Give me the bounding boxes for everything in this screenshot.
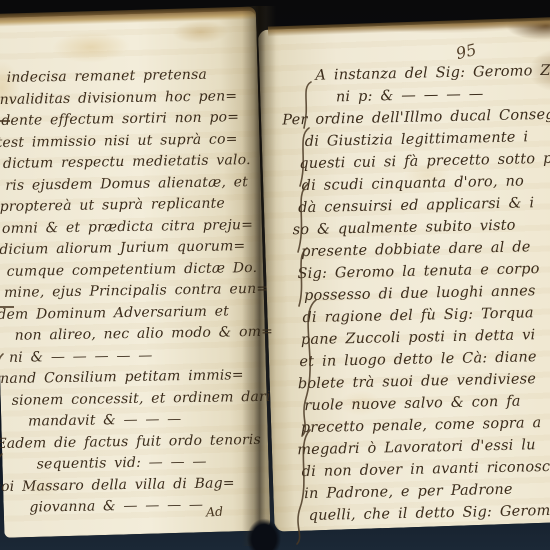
pen-flourish-icon <box>296 298 322 438</box>
manuscript-line: Eadem die factus fuit ordo tenoris <box>0 429 259 455</box>
book-gutter <box>242 6 276 546</box>
manuscript-line: non alireo, nec alio modo & om= <box>15 322 257 347</box>
pen-flourish-icon <box>292 182 312 254</box>
manuscript-line: sionem concessit, et ordinem dari <box>12 386 258 411</box>
manuscript-line: A instanza del Sig: Geromo Zuccoli <box>315 59 550 87</box>
photo-background: 95 indecisa remanet pretensa invaliditas… <box>0 0 550 550</box>
margin-dash <box>0 120 10 122</box>
margin-dash <box>0 306 14 308</box>
pen-flourish-icon <box>294 126 312 188</box>
pen-flourish-icon <box>0 352 6 404</box>
book-gutter-shadow <box>244 505 284 550</box>
manuscript-line: giovanna & — — — — <box>29 494 259 519</box>
pen-flourish-icon <box>292 428 318 546</box>
manuscript-line: coi Massaro della villa di Bag= <box>0 472 259 498</box>
catchword: Ad <box>206 504 224 520</box>
right-page-text: A instanza del Sig: Geromo Zuccoli ni p:… <box>295 59 550 527</box>
pen-flourish-icon <box>297 80 315 130</box>
left-page-text: indecisa remanet pretensa invaliditas di… <box>0 64 260 519</box>
pen-flourish-icon <box>0 452 4 508</box>
